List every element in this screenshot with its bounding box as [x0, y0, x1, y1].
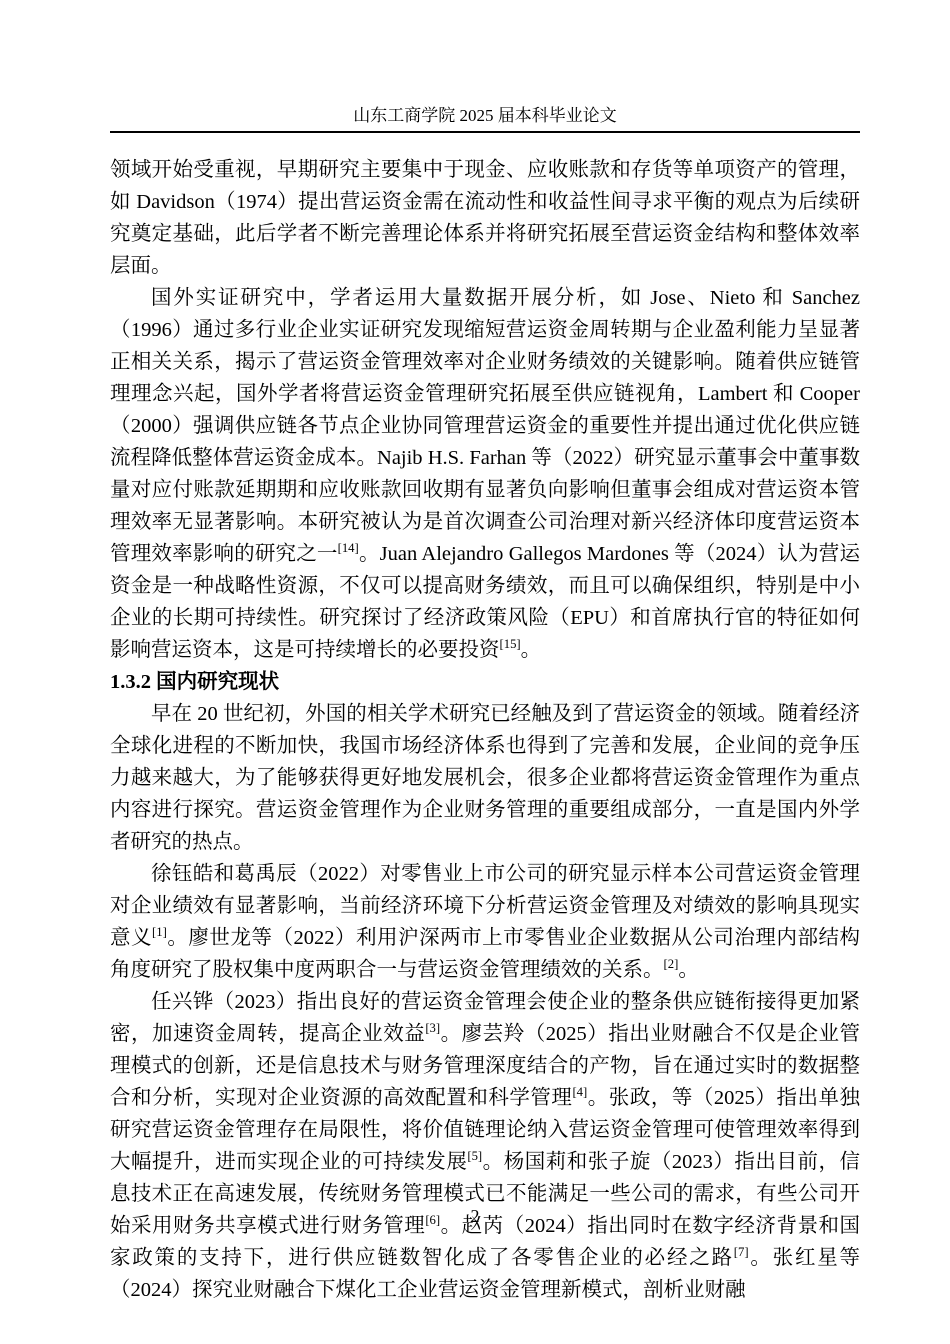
- running-head: 山东工商学院 2025 届本科毕业论文: [110, 106, 860, 126]
- page-header: 山东工商学院 2025 届本科毕业论文: [110, 106, 860, 133]
- citation-superscript: [2]: [664, 957, 679, 971]
- paragraph: 任兴铧（2023）指出良好的营运资金管理会使企业的整条供应链衔接得更加紧密，加速…: [110, 986, 860, 1306]
- citation-superscript: [14]: [338, 541, 359, 555]
- paragraph: 国外实证研究中，学者运用大量数据开展分析，如 Jose、Nieto 和 Sanc…: [110, 282, 860, 666]
- paragraph: 早在 20 世纪初，外国的相关学术研究已经触及到了营运资金的领域。随着经济全球化…: [110, 698, 860, 858]
- citation-superscript: [5]: [467, 1149, 482, 1163]
- citation-superscript: [15]: [500, 637, 521, 651]
- citation-superscript: [3]: [425, 1021, 440, 1035]
- page-number: 2: [471, 1206, 480, 1226]
- paragraph: 领域开始受重视，早期研究主要集中于现金、应收账款和存货等单项资产的管理，如 Da…: [110, 154, 860, 282]
- document-body: 领域开始受重视，早期研究主要集中于现金、应收账款和存货等单项资产的管理，如 Da…: [110, 154, 860, 1306]
- citation-superscript: [7]: [734, 1245, 749, 1259]
- thesis-page: 山东工商学院 2025 届本科毕业论文 领域开始受重视，早期研究主要集中于现金、…: [0, 0, 950, 1344]
- citation-superscript: [1]: [152, 925, 167, 939]
- section-heading: 1.3.2 国内研究现状: [110, 666, 860, 698]
- citation-superscript: [4]: [572, 1085, 587, 1099]
- page-footer: 2: [0, 1205, 950, 1227]
- header-rule: [110, 131, 860, 133]
- paragraph: 徐钰皓和葛禹辰（2022）对零售业上市公司的研究显示样本公司营运资金管理对企业绩…: [110, 858, 860, 986]
